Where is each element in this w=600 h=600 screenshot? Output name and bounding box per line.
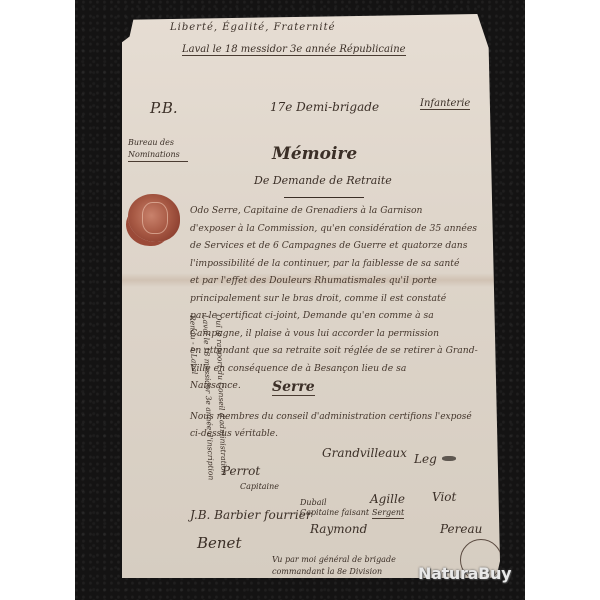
body-line: et par l'effet des Douleurs Rhumatismale…	[190, 272, 490, 290]
body-line: Naissance.	[190, 377, 490, 395]
document-sheet: Liberté, Égalité, Fraternité Laval le 18…	[122, 14, 500, 578]
council-certification: Nous membres du conseil d'administration…	[190, 409, 490, 443]
body-line: Odo Serre, Capitaine de Grenadiers à la …	[190, 202, 490, 220]
council-line: Nous membres du conseil d'administration…	[190, 409, 490, 426]
document-title: Mémoire	[272, 144, 357, 164]
signature: Dubail	[300, 498, 327, 508]
signature-title: Capitaine	[240, 482, 279, 492]
signature: J.B. Barbier fourrier	[190, 508, 312, 522]
margin-note: Bureau des Nominations	[128, 137, 188, 162]
signature: Leg	[414, 452, 437, 466]
motto: Liberté, Égalité, Fraternité	[170, 22, 336, 33]
petitioner-signature: Serre	[272, 379, 315, 396]
signature: Raymond	[310, 522, 367, 536]
body-line: l'impossibilité de la continuer, par la …	[190, 255, 490, 273]
vertical-margin-note: Ouï le rapport du Conseil d'administrati…	[186, 314, 231, 481]
ink-stain	[442, 456, 456, 461]
signature-title: Sergent	[372, 508, 404, 519]
title-rule	[284, 197, 364, 198]
reference-mark: P.B.	[150, 99, 178, 117]
body-line: de Services et de 6 Campagnes de Guerre …	[190, 237, 490, 255]
signature: Agille	[370, 492, 405, 506]
council-line: ci-dessus véritable.	[190, 426, 490, 443]
watermark-logo: NaturaBuy	[418, 564, 511, 583]
body-line: Ville en conséquence de à Besançon lieu …	[190, 360, 490, 378]
dateline: Laval le 18 messidor 3e année Républicai…	[182, 44, 406, 56]
signature: Perrot	[222, 464, 260, 478]
seal-emblem	[142, 202, 168, 234]
body-line: Campagne, il plaise à vous lui accorder …	[190, 325, 490, 343]
body-line: par le certificat ci-joint, Demande qu'e…	[190, 307, 490, 325]
signature: Grandvilleaux	[322, 446, 407, 460]
unit-name: 17e Demi-brigade	[270, 100, 379, 114]
petition-body: Odo Serre, Capitaine de Grenadiers à la …	[190, 202, 490, 395]
body-line: d'exposer à la Commission, qu'en considé…	[190, 220, 490, 238]
signature: Pereau	[440, 522, 482, 536]
margin-note-line: Bureau des	[128, 137, 188, 149]
margin-note-line: Nominations	[128, 149, 188, 162]
branch-name: Infanterie	[420, 98, 470, 110]
body-line: en attendant que sa retraite soit réglée…	[190, 342, 490, 360]
visa-line: Vu par moi général de brigade	[272, 554, 396, 566]
signature: Viot	[432, 490, 456, 504]
signature: Benet	[197, 534, 241, 552]
visa-line: commandant la 8e Division	[272, 566, 396, 578]
document-subtitle: De Demande de Retraite	[254, 174, 392, 187]
body-line: principalement sur le bras droit, comme …	[190, 290, 490, 308]
wax-seal-icon	[128, 194, 180, 242]
